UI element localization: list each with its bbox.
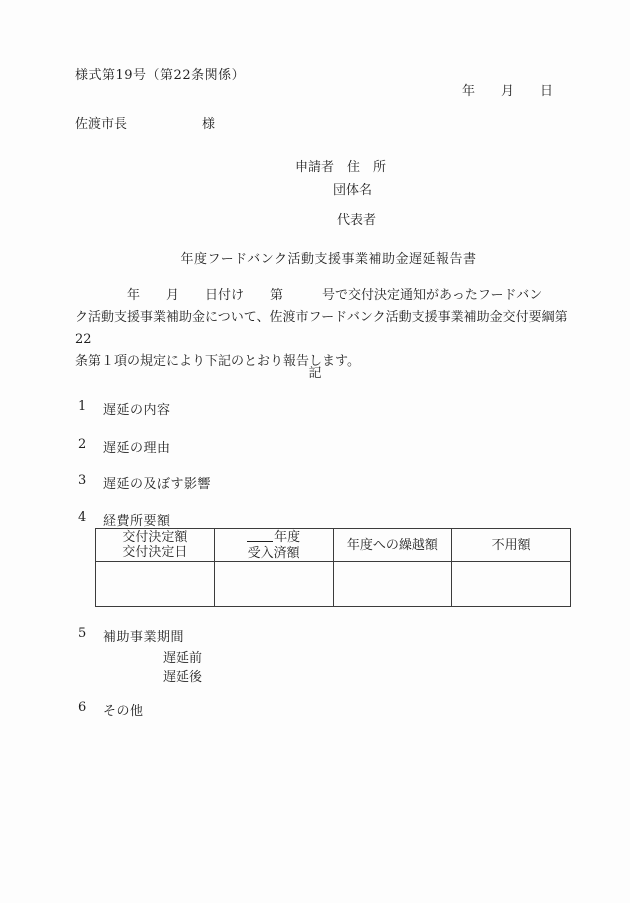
- item-delay-content: 1 遅延の内容: [78, 399, 171, 418]
- header-text: 年度: [274, 531, 300, 546]
- col-header-received-amount: 年度 受入済額: [214, 529, 333, 562]
- applicant-block: 申請者 住 所 団体名 代表者: [295, 156, 386, 232]
- body-paragraph: 年 月 日付け 第 号で交付決定通知があったフードバン ク活動支援事業補助金につ…: [75, 285, 575, 373]
- item-number: 2: [78, 437, 88, 456]
- header-line: 受入済額: [215, 546, 333, 561]
- applicant-organization-line: 団体名: [295, 179, 386, 202]
- item-label: 遅延の理由: [103, 437, 171, 456]
- record-marker: 記: [0, 362, 630, 381]
- body-paragraph-line-1: 年 月 日付け 第 号で交付決定通知があったフードバン: [75, 285, 575, 307]
- addressee-recipient: 佐渡市長: [75, 117, 127, 132]
- fiscal-year-blank: [247, 529, 273, 541]
- item-number: 1: [78, 399, 88, 418]
- item-label: 遅延の内容: [103, 399, 171, 418]
- period-after-delay-label: 遅延後: [163, 666, 202, 685]
- col-header-unused-amount: 不用額: [452, 529, 571, 562]
- expense-table-body-row: [96, 562, 571, 607]
- item-number: 6: [78, 700, 88, 719]
- header-line: 交付決定額: [96, 530, 214, 545]
- header-line: 年度への繰越額: [334, 538, 452, 553]
- item-label: 経費所要額: [103, 510, 171, 529]
- body-paragraph-line-2: ク活動支援事業補助金について、佐渡市フードバンク活動支援事業補助金交付要綱第22: [75, 307, 575, 351]
- header-line: 交付決定日: [96, 545, 214, 560]
- header-line: 不用額: [452, 538, 570, 553]
- cell-grant-decision-amount: [96, 562, 215, 607]
- period-before-delay-label: 遅延前: [163, 647, 202, 666]
- addressee-line: 佐渡市長様: [75, 113, 215, 132]
- item-number: 5: [78, 626, 88, 645]
- form-number: 様式第19号（第22条関係）: [75, 64, 245, 83]
- item-number: 3: [78, 473, 88, 492]
- delay-report-form-page: 様式第19号（第22条関係） 年 月 日 佐渡市長様 申請者 住 所 団体名 代…: [0, 0, 630, 903]
- document-title: 年度フードバンク活動支援事業補助金遅延報告書: [0, 248, 630, 267]
- col-header-grant-decision-amount: 交付決定額 交付決定日: [96, 529, 215, 562]
- item-delay-reason: 2 遅延の理由: [78, 437, 171, 456]
- item-label: その他: [103, 700, 144, 719]
- item-other: 6 その他: [78, 700, 144, 719]
- date-line: 年 月 日: [462, 80, 553, 99]
- expense-table: 交付決定額 交付決定日 年度 受入済額 年度への繰越額 不用額: [95, 528, 571, 607]
- applicant-representative-line: 代表者: [295, 209, 386, 232]
- item-project-period: 5 補助事業期間: [78, 626, 184, 645]
- cell-unused-amount: [452, 562, 571, 607]
- item-expense-amount: 4 経費所要額: [78, 510, 171, 529]
- applicant-address-line: 申請者 住 所: [295, 156, 386, 179]
- cell-carryover-amount: [333, 562, 452, 607]
- expense-table-header-row: 交付決定額 交付決定日 年度 受入済額 年度への繰越額 不用額: [96, 529, 571, 562]
- item-delay-impact: 3 遅延の及ぼす影響: [78, 473, 211, 492]
- item-number: 4: [78, 510, 88, 529]
- addressee-honorific: 様: [202, 117, 215, 132]
- item-label: 遅延の及ぼす影響: [103, 473, 211, 492]
- cell-received-amount: [214, 562, 333, 607]
- header-line: 年度: [215, 529, 333, 545]
- item-label: 補助事業期間: [103, 626, 184, 645]
- col-header-carryover-amount: 年度への繰越額: [333, 529, 452, 562]
